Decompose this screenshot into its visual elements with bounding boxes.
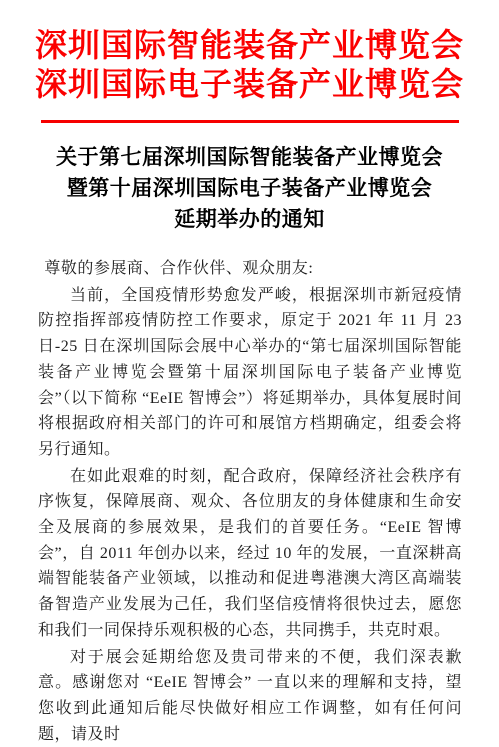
salutation-line: 尊敬的参展商、合作伙伴、观众朋友: [38, 256, 462, 282]
letter-body: 尊敬的参展商、合作伙伴、观众朋友: 当前，全国疫情形势愈发严峻，根据深圳市新冠疫… [38, 256, 462, 747]
paragraph-mission-statement: 在如此艰难的时刻，配合政府，保障经济社会秩序有序恢复，保障展商、观众、各位朋友的… [38, 464, 462, 644]
postponement-notice-document: 深圳国际智能装备产业博览会 深圳国际电子装备产业博览会 关于第七届深圳国际智能装… [0, 0, 499, 747]
header-divider-rule [41, 120, 459, 123]
notice-title-line3: 延期举办的通知 [28, 204, 471, 235]
expo-name-electronic-equipment: 深圳国际电子装备产业博览会 [0, 65, 499, 104]
notice-title: 关于第七届深圳国际智能装备产业博览会 暨第十届深圳国际电子装备产业博览会 延期举… [28, 142, 471, 235]
notice-title-line1: 关于第七届深圳国际智能装备产业博览会 [28, 142, 471, 173]
paragraph-apology: 对于展会延期给您及贵司带来的不便，我们深表歉意。感谢您对 “EeIE 智博会” … [38, 645, 462, 747]
paragraph-postponement-announcement: 当前，全国疫情形势愈发严峻，根据深圳市新冠疫情防控指挥部疫情防控工作要求，原定于… [38, 283, 462, 463]
notice-title-line2: 暨第十届深圳国际电子装备产业博览会 [28, 173, 471, 204]
expo-name-intelligent-equipment: 深圳国际智能装备产业博览会 [0, 26, 499, 65]
expo-logo-header: 深圳国际智能装备产业博览会 深圳国际电子装备产业博览会 [0, 0, 499, 104]
